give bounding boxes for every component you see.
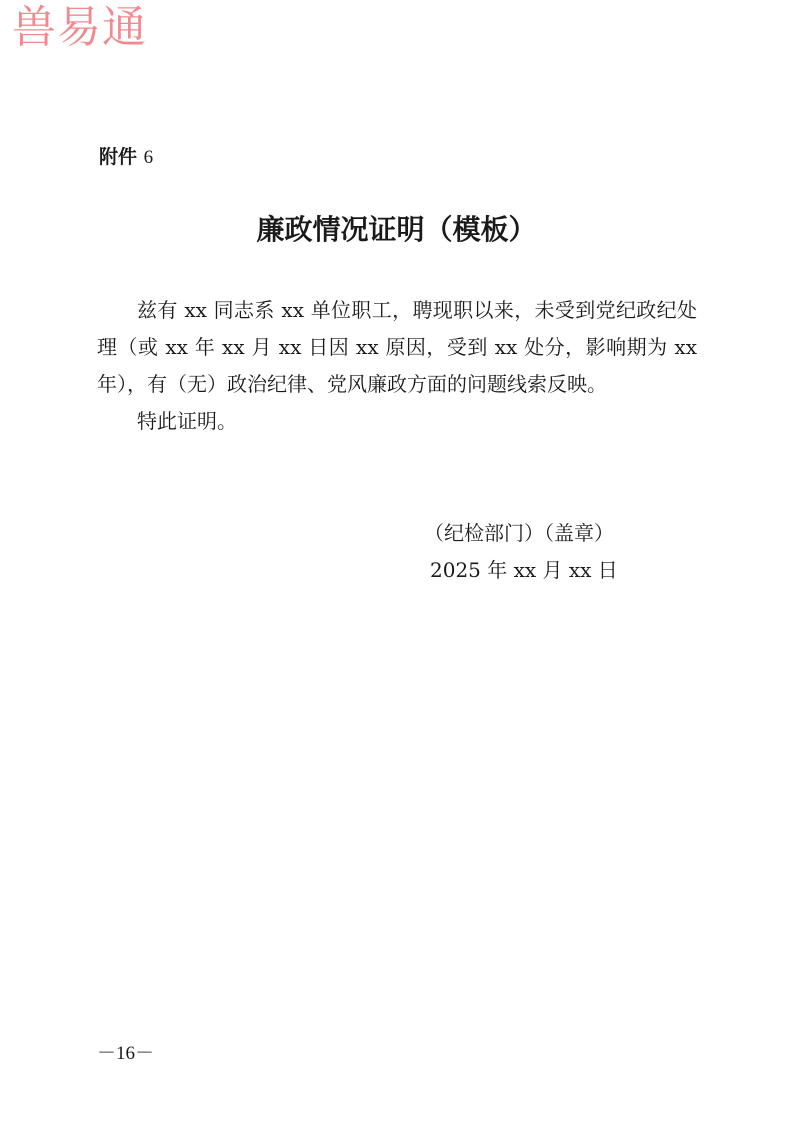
- body-paragraph: 兹有 xx 同志系 xx 单位职工，聘现职以来，未受到党纪政纪处理（或 xx 年…: [97, 292, 697, 403]
- attachment-label: 附件 6: [99, 143, 153, 172]
- signing-department: （纪检部门）（盖章）: [424, 515, 618, 552]
- attachment-text: 附件: [99, 146, 137, 168]
- document-body: 兹有 xx 同志系 xx 单位职工，聘现职以来，未受到党纪政纪处理（或 xx 年…: [97, 292, 697, 440]
- signature-block: （纪检部门）（盖章） 2025 年 xx 月 xx 日: [424, 515, 618, 589]
- document-title: 廉政情况证明（模板）: [0, 210, 793, 250]
- signing-date: 2025 年 xx 月 xx 日: [424, 552, 618, 589]
- page-number: －16－: [97, 1038, 154, 1065]
- watermark-logo: 兽易通: [12, 2, 147, 54]
- closing-paragraph: 特此证明。: [97, 403, 697, 440]
- attachment-number: 6: [144, 147, 154, 168]
